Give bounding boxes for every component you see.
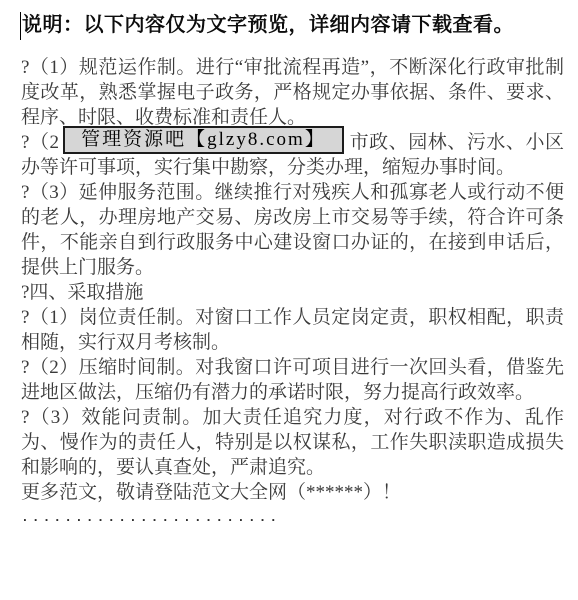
footer-note: 更多范文，敬请登陆范文大全网（******）！ (21, 480, 564, 505)
section-heading-4: ?四、采取措施 (21, 280, 564, 305)
watermark-box: 管理资源吧【glzy8.com】 (63, 126, 344, 154)
paragraph-1: ?（1）规范运作制。进行“审批流程再造”，不断深化行政审批制度改革，熟悉掌握电子… (21, 55, 564, 130)
paragraph-7: ?（3）效能问责制。加大责任追究力度，对行政不作为、乱作为、慢作为的责任人，特别… (21, 405, 564, 480)
text-cursor (20, 12, 21, 40)
paragraph-5: ?（1）岗位责任制。对窗口工作人员定岗定责，职权相配，职责相随，实行双月考核制。 (21, 305, 564, 355)
dotted-line: ........................ (21, 505, 564, 530)
paragraph-6: ?（2）压缩时间制。对我窗口许可项目进行一次回头看，借鉴先进地区做法，压缩仍有潜… (21, 355, 564, 405)
document-body: ?（1）规范运作制。进行“审批流程再造”，不断深化行政审批制度改革，熟悉掌握电子… (21, 55, 564, 530)
document-preview-page: 说明：以下内容仅为文字预览，详细内容请下载查看。 ?（1）规范运作制。进行“审批… (0, 0, 578, 600)
paragraph-2-text-before: ?（2 (21, 132, 59, 153)
watermark-text: 管理资源吧【glzy8.com】 (81, 128, 326, 152)
paragraph-3: ?（3）延伸服务范围。继续推行对残疾人和孤寡老人或行动不便的老人，办理房地产交易… (21, 180, 564, 280)
preview-notice: 说明：以下内容仅为文字预览，详细内容请下载查看。 (22, 11, 514, 39)
